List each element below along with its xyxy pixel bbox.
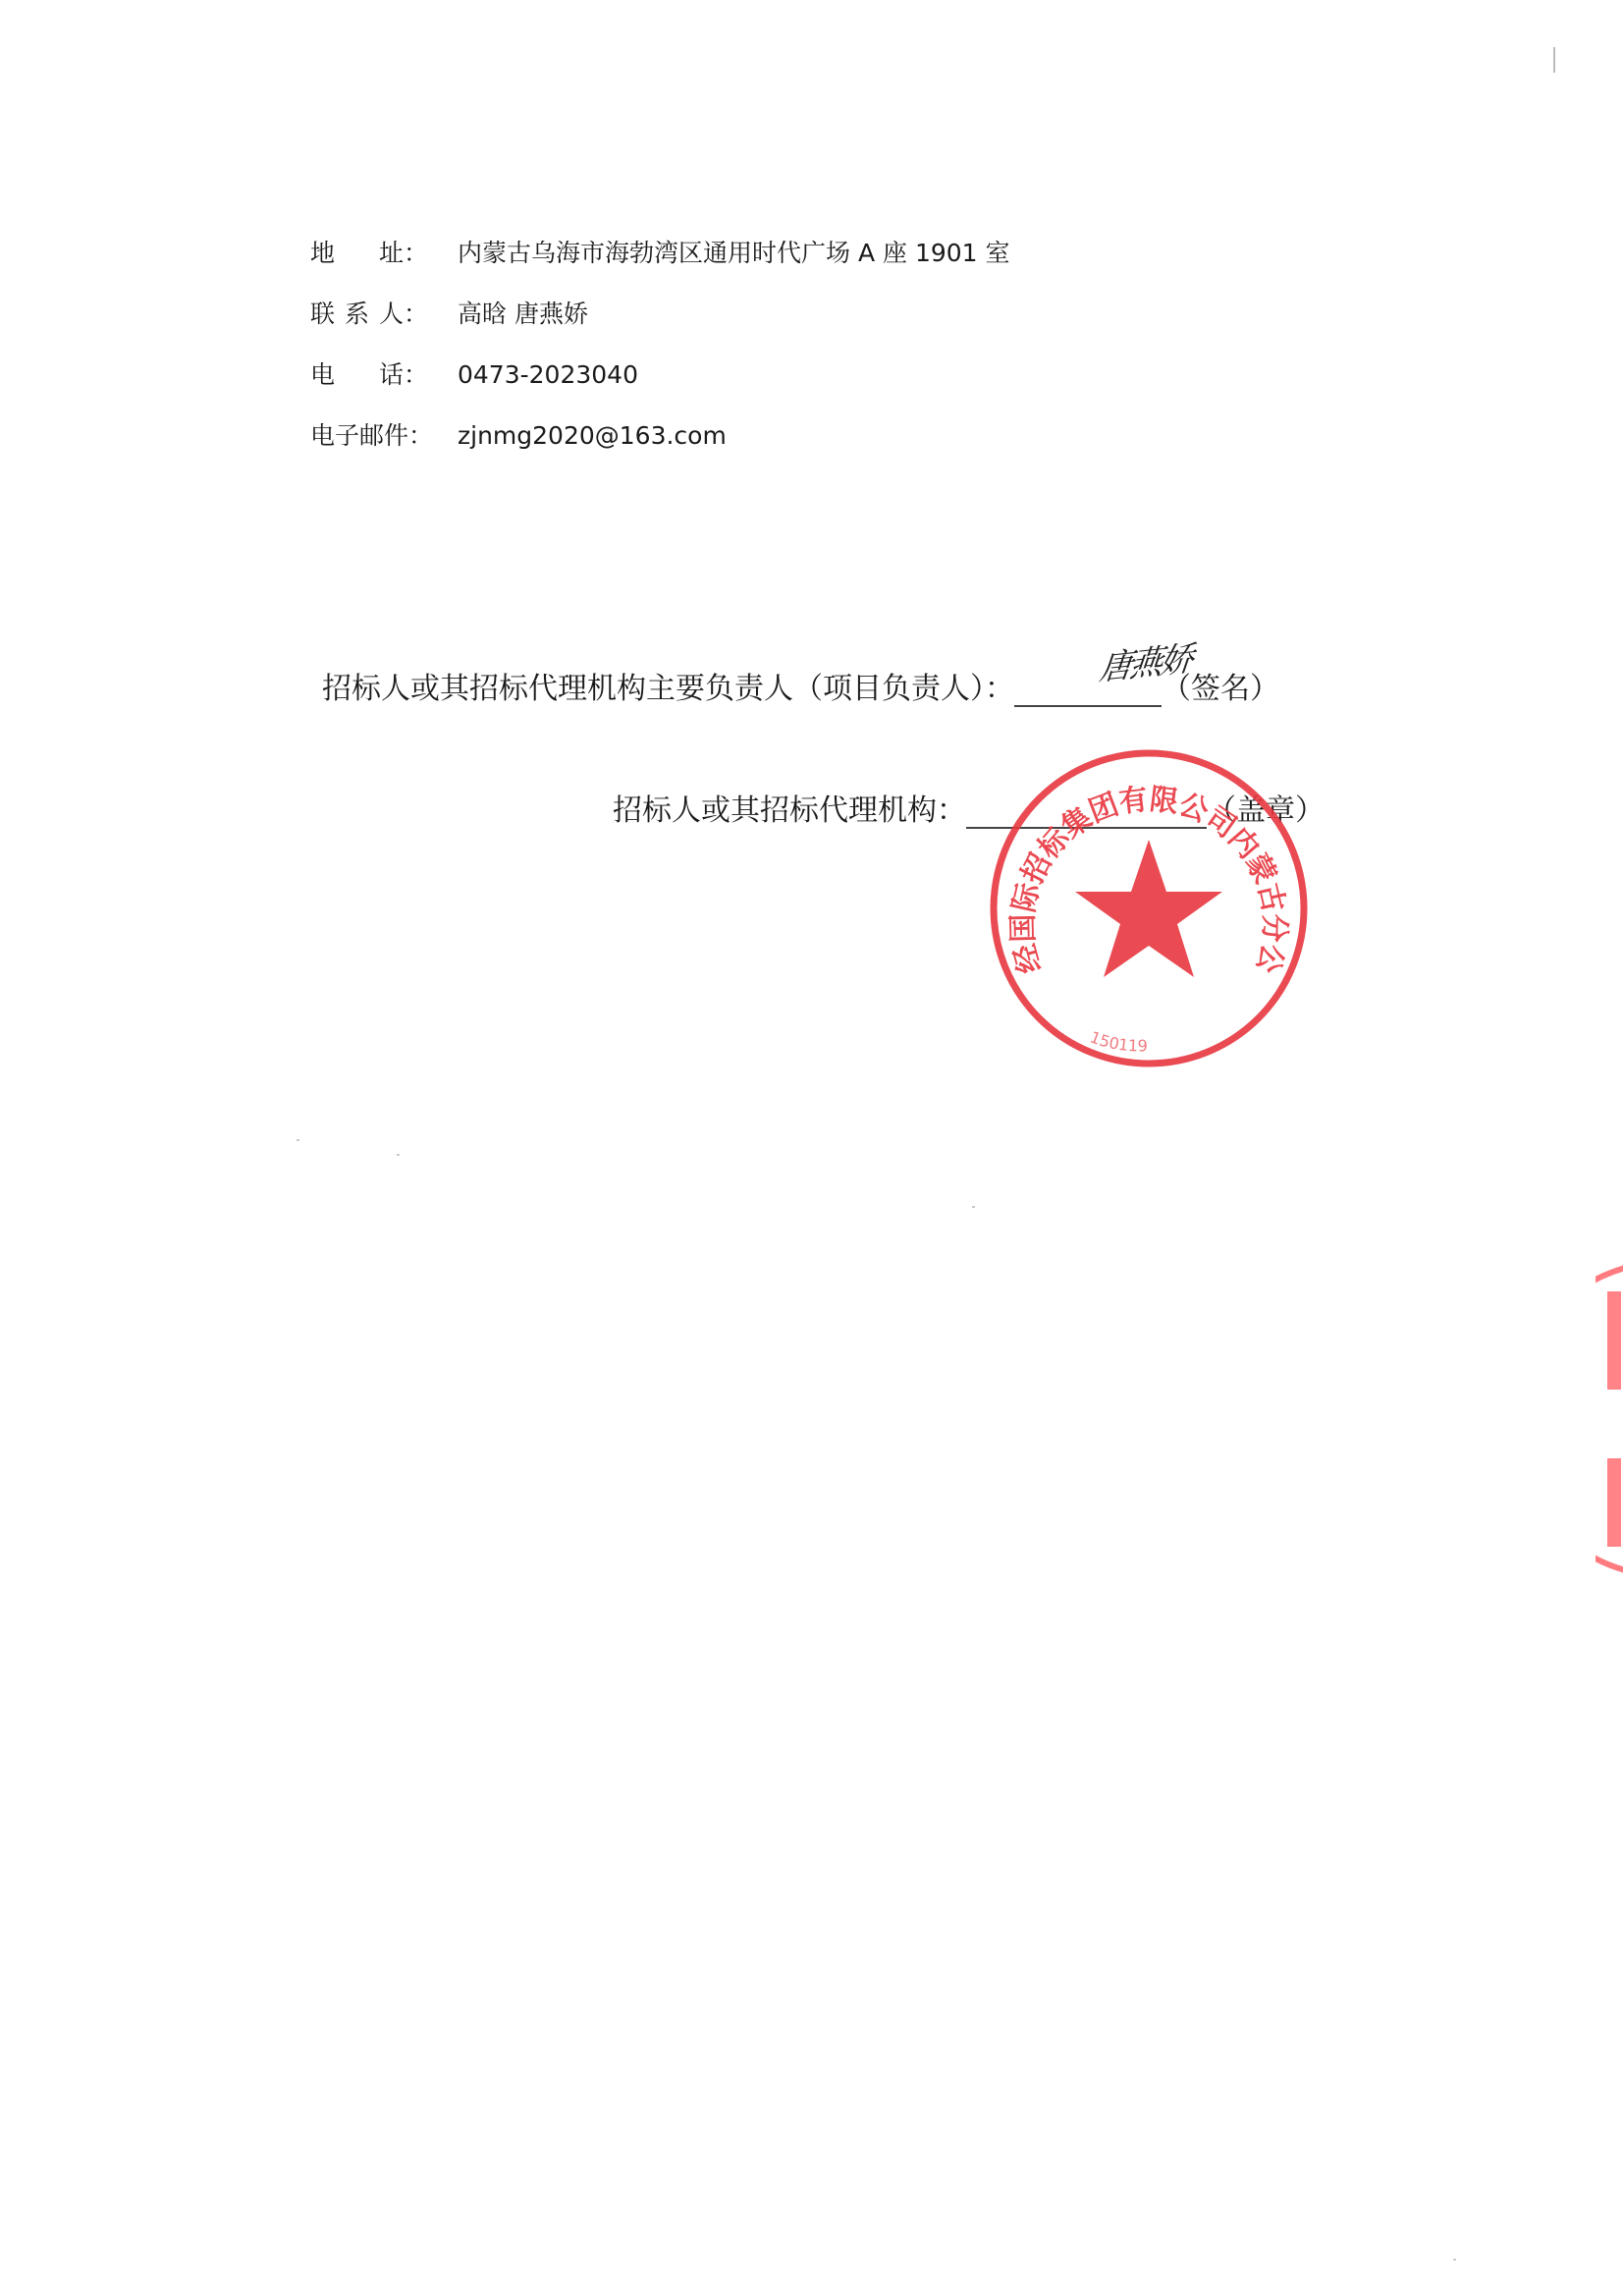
partial-seal-edge <box>1596 1262 1623 1576</box>
scan-mark <box>1553 47 1555 73</box>
contact-person-row: 联系人：高晗 唐燕娇 <box>310 297 588 332</box>
contact-person-value: 高晗 唐燕娇 <box>458 297 588 332</box>
handwritten-signature: 唐燕娇 <box>1098 631 1194 690</box>
red-star-icon <box>1075 840 1222 977</box>
company-seal: 中经国际招标集团有限公司内蒙古分公司 150119 <box>987 746 1311 1070</box>
address-label: 地址： <box>310 236 428 271</box>
email-row: 电子邮件：zjnmg2020@163.com <box>310 418 727 454</box>
contact-person-label: 联系人： <box>310 297 428 332</box>
phone-value: 0473-2023040 <box>458 357 638 393</box>
agency-label: 招标人或其招标代理机构： <box>613 793 966 828</box>
address-value: 内蒙古乌海市海勃湾区通用时代广场 A 座 1901 室 <box>458 236 1010 271</box>
principal-label: 招标人或其招标代理机构主要负责人（项目负责人）： <box>322 672 1014 706</box>
phone-row: 电话：0473-2023040 <box>310 357 638 393</box>
email-label: 电子邮件： <box>310 418 458 454</box>
email-value: zjnmg2020@163.com <box>458 418 727 454</box>
address-row: 地址：内蒙古乌海市海勃湾区通用时代广场 A 座 1901 室 <box>310 236 1010 271</box>
phone-label: 电话： <box>310 357 428 393</box>
